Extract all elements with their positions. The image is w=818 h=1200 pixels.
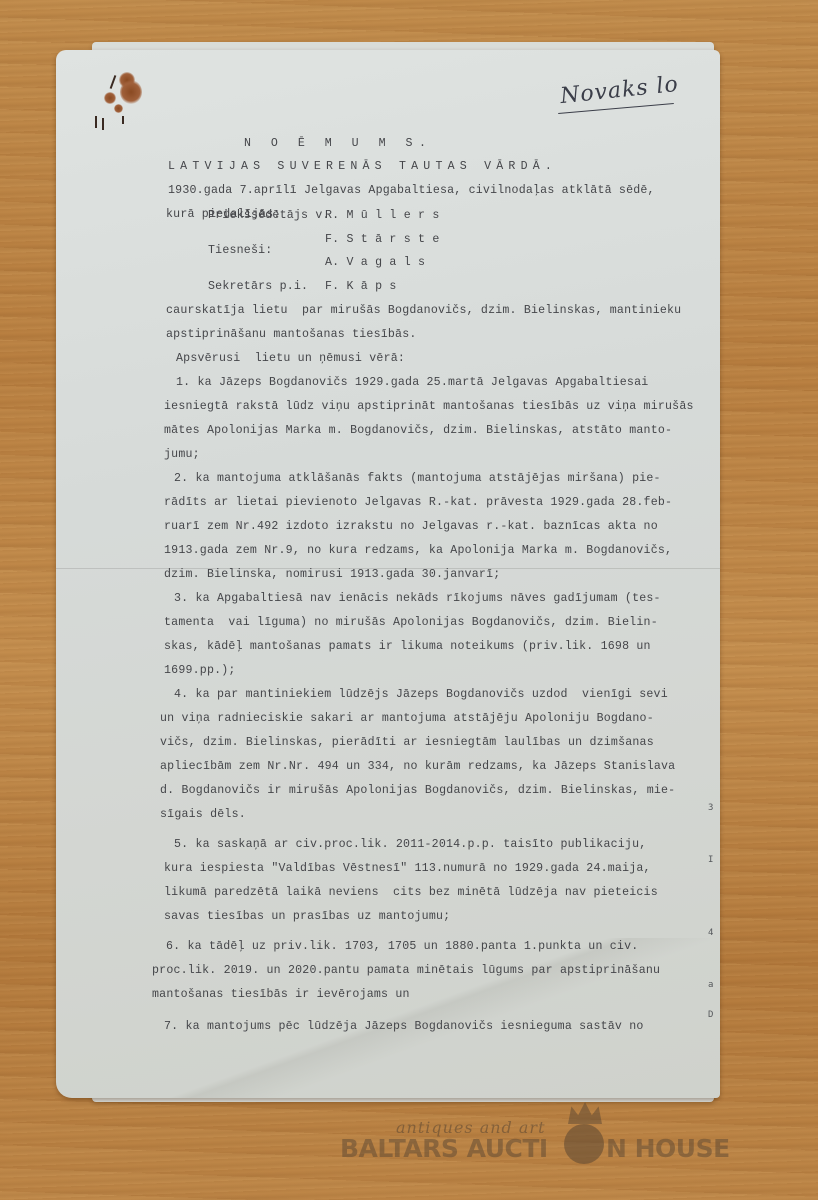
point-line: iesniegtā rakstā lūdz viņu apstiprināt m… (164, 400, 694, 413)
ink-mark (95, 116, 97, 128)
point-line: skas, kādēļ mantošanas pamats ir likuma … (164, 640, 651, 653)
judges-label: Tiesneši: (208, 244, 272, 257)
point-line: 1699.pp.); (164, 664, 236, 677)
edge-mark: 4 (708, 928, 713, 938)
ink-stain (114, 104, 123, 113)
text-line: Apsvērusi lietu un ņēmusi vērā: (176, 352, 405, 365)
point-line: d. Bogdanovičs ir mirušās Apolonijas Bog… (160, 784, 675, 797)
document-subheading: LATVIJAS SUVERENĀS TAUTAS VĀRDĀ. (168, 160, 557, 173)
text-line: caurskatīja lietu par mirušās Bogdanovič… (166, 304, 681, 317)
ink-stain (120, 80, 142, 104)
point-line: jumu; (164, 448, 200, 461)
point-line: tamenta vai līguma) no mirušās Apolonija… (164, 616, 658, 629)
ink-mark (102, 118, 104, 130)
ink-stain (104, 92, 116, 104)
point-line: dzim. Bielinska, nomirusi 1913.gada 30.j… (164, 568, 500, 581)
chair-name: R. M ū l l e r s (325, 209, 440, 222)
ink-mark (122, 116, 124, 124)
judge-name: F. S t ā r s t e (325, 233, 440, 246)
text-line: apstiprināšanu mantošanas tiesībās. (166, 328, 417, 341)
edge-mark: 3 (708, 803, 713, 813)
point-line: kura iespiesta "Valdības Vēstnesī" 113.n… (164, 862, 651, 875)
point-line: ruarī zem Nr.492 izdoto izrakstu no Jelg… (164, 520, 658, 533)
watermark-brand-left: BALTARS AUCTI (340, 1134, 548, 1163)
point-line: savas tiesības un prasības uz mantojumu; (164, 910, 450, 923)
point-line: likumā paredzētā laikā neviens cits bez … (164, 886, 658, 899)
watermark-brand-right: N HOUSE (606, 1134, 730, 1163)
edge-mark: I (708, 855, 713, 865)
point-line: mātes Apolonijas Marka m. Bogdanovičs, d… (164, 424, 672, 437)
crown-icon (568, 1102, 602, 1124)
point-line: 4. ka par mantiniekiem lūdzējs Jāzeps Bo… (174, 688, 668, 701)
point-line: 6. ka tādēļ uz priv.lik. 1703, 1705 un 1… (166, 940, 638, 953)
edge-mark: D (708, 1010, 713, 1020)
secretary-label: Sekretārs p.i. (208, 280, 308, 293)
point-line: apliecībām zem Nr.Nr. 494 un 334, no kur… (160, 760, 675, 773)
orb-icon (564, 1124, 604, 1164)
point-line: proc.lik. 2019. un 2020.pantu pamata min… (152, 964, 660, 977)
point-line: 1913.gada zem Nr.9, no kura redzams, ka … (164, 544, 672, 557)
document-heading: N O Ē M U M S. (244, 137, 432, 150)
point-line: rādīts ar lietai pievienoto Jelgavas R.-… (164, 496, 672, 509)
point-line: vičs, dzim. Bielinskas, pierādīti ar ies… (160, 736, 654, 749)
judge-name: A. V a g a l s (325, 256, 425, 269)
secretary-name: F. K ā p s (325, 280, 397, 293)
point-line: un viņa radnieciskie sakari ar mantojuma… (160, 712, 654, 725)
edge-mark: a (708, 980, 713, 990)
point-line: 5. ka saskaņā ar civ.proc.lik. 2011-2014… (174, 838, 646, 851)
chair-label: Priekšsēdētājs v. (208, 209, 330, 222)
point-line: mantošanas tiesībās ir ievērojams un (152, 988, 410, 1001)
text-line: 1930.gada 7.aprīlī Jelgavas Apgabaltiesa… (168, 184, 655, 197)
point-line: sīgais dēls. (160, 808, 246, 821)
point-line: 1. ka Jāzeps Bogdanovičs 1929.gada 25.ma… (176, 376, 648, 389)
point-line: 7. ka mantojums pēc lūdzēja Jāzeps Bogda… (164, 1020, 644, 1033)
point-line: 2. ka mantojuma atklāšanās fakts (mantoj… (174, 472, 661, 485)
point-line: 3. ka Apgabaltiesā nav ienācis nekāds rī… (174, 592, 661, 605)
